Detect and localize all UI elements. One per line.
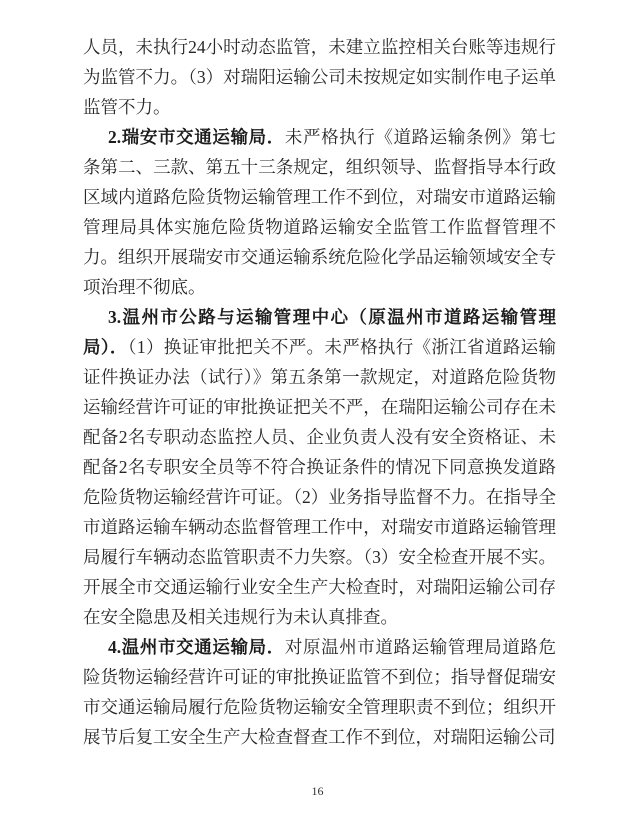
text-run: 人员，未执行24小时动态监管，未建立监控相关台账等违规行为监管不力。（3）对瑞阳… — [83, 37, 556, 117]
paragraph: 人员，未执行24小时动态监管，未建立监控相关台账等违规行为监管不力。（3）对瑞阳… — [83, 32, 556, 122]
paragraph: 4.温州市交通运输局．对原温州市道路运输管理局道路危险货物运输经营许可证的审批换… — [83, 632, 556, 752]
document-page: 人员，未执行24小时动态监管，未建立监控相关台账等违规行为监管不力。（3）对瑞阳… — [0, 0, 635, 827]
section-heading: 4.温州市交通运输局． — [108, 637, 285, 657]
section-heading: 2.瑞安市交通运输局． — [108, 127, 285, 147]
page-number: 16 — [0, 784, 635, 799]
document-body: 人员，未执行24小时动态监管，未建立监控相关台账等违规行为监管不力。（3）对瑞阳… — [83, 32, 556, 752]
paragraph: 2.瑞安市交通运输局．未严格执行《道路运输条例》第七条第二、三款、第五十三条规定… — [83, 122, 556, 302]
text-run: （1）换证审批把关不严。未严格执行《浙江省道路运输证件换证办法（试行）》第五条第… — [83, 337, 556, 627]
text-run: 未严格执行《道路运输条例》第七条第二、三款、第五十三条规定，组织领导、监督指导本… — [83, 127, 556, 297]
paragraph: 3.温州市公路与运输管理中心（原温州市道路运输管理局）．（1）换证审批把关不严。… — [83, 302, 556, 632]
